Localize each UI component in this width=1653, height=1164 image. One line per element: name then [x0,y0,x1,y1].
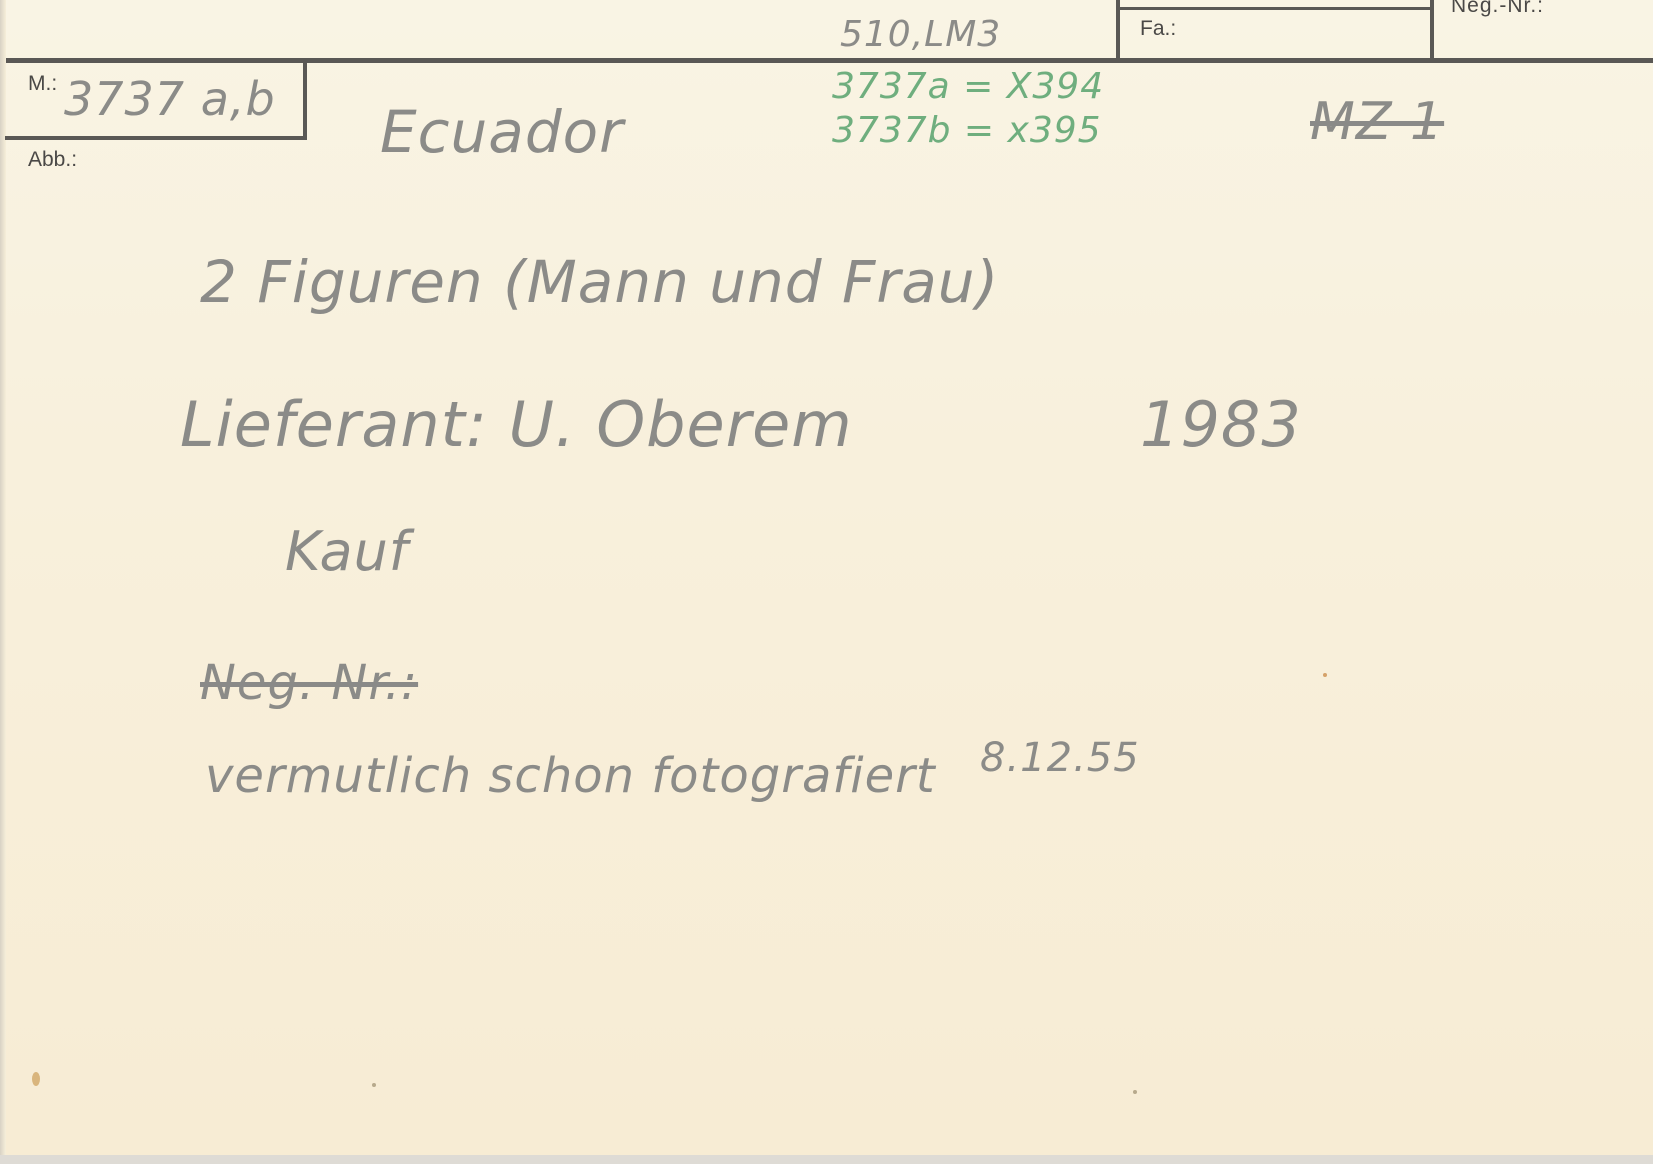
note-date-handwritten: 8.12.55 [980,735,1140,781]
fa-label: Fa.: [1140,17,1176,41]
green-note-line-2: 3737b = x395 [832,110,1102,151]
acquisition-handwritten: Kauf [285,520,409,583]
country-handwritten: Ecuador [380,98,624,166]
paper-speck [1323,673,1327,677]
neg-nr-label: Neg.-Nr.: [1451,0,1544,18]
card-edge-shadow [0,0,6,1155]
m-label: M.: [28,72,57,96]
supplier-handwritten: Lieferant: U. Oberem [180,388,853,461]
index-card: M.: Abb.: Fa.: Neg.-Nr.: 3737 a,b Ecuado… [0,0,1653,1155]
fa-box-divider [1120,7,1430,10]
year-handwritten: 1983 [1140,388,1302,461]
neg-nr-crossed-handwritten: Neg. Nr.: [200,655,418,711]
paper-stain [32,1072,40,1086]
top-code-handwritten: 510,LM3 [840,14,1001,55]
m-number-handwritten: 3737 a,b [64,72,276,126]
description-handwritten: 2 Figuren (Mann und Frau) [200,248,999,316]
crossed-out-mark: MZ 1 [1310,92,1444,152]
green-note-line-1: 3737a = X394 [832,66,1104,107]
note-handwritten: vermutlich schon fotografiert [205,748,936,804]
paper-speck [1133,1090,1137,1094]
abb-label: Abb.: [28,148,77,172]
paper-speck [372,1083,376,1087]
scan-background-strip [0,1155,1653,1164]
